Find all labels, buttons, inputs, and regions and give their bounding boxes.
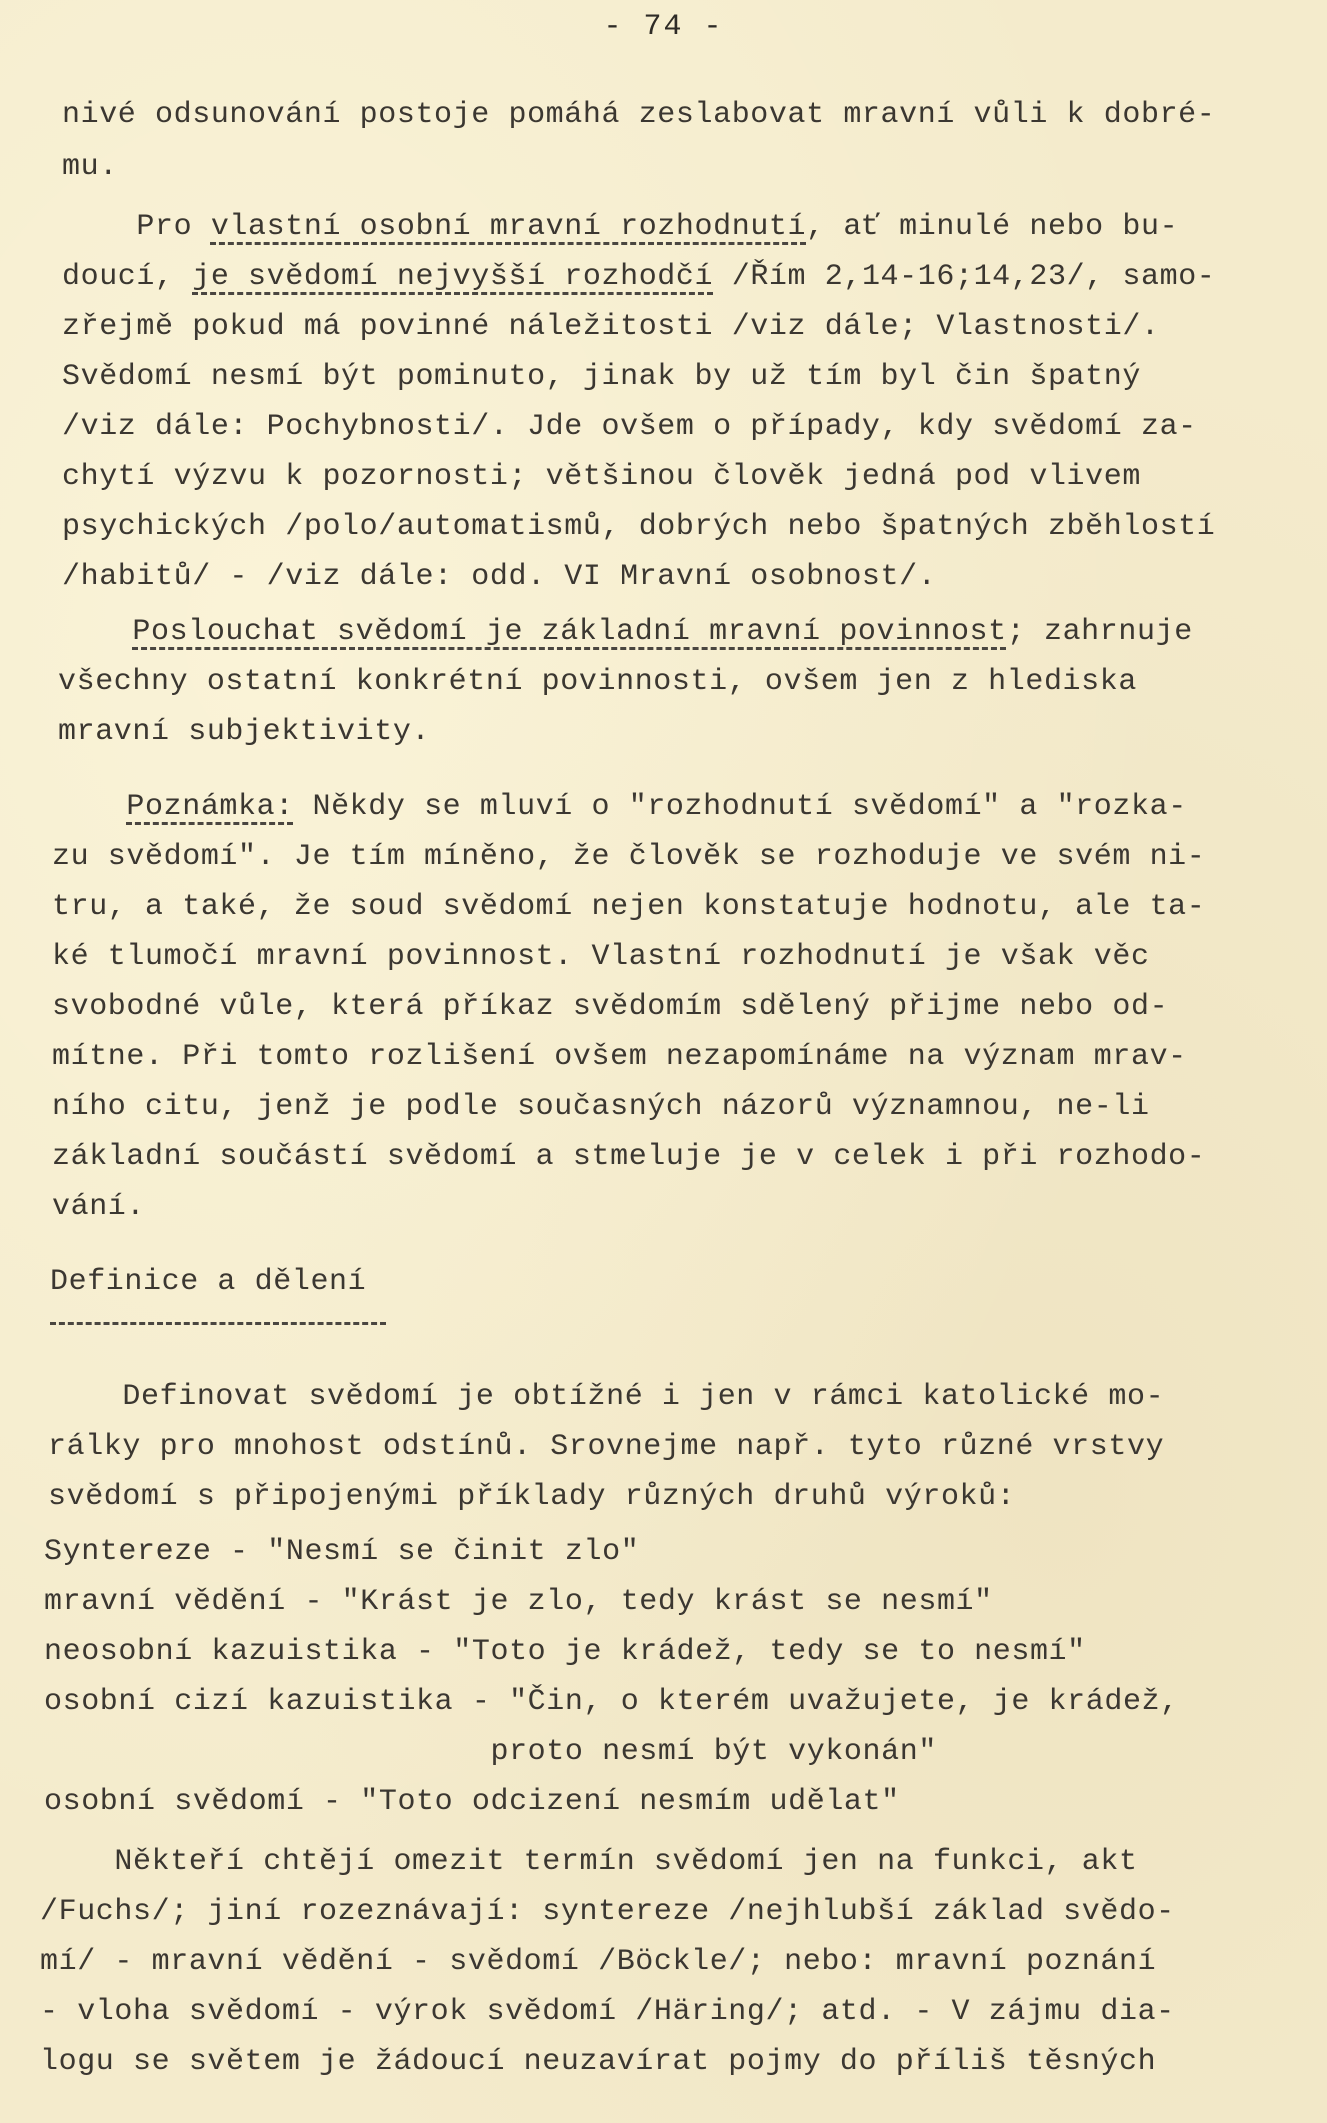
text-line: zřejmě pokud má povinné náležitosti /viz… — [62, 310, 1160, 344]
text-segment: svobodné vůle, která příkaz svědomím sdě… — [52, 990, 1168, 1024]
text-segment: neosobní kazuistika - "Toto je krádež, t… — [44, 1635, 1086, 1669]
text-segment: ního citu, jenž je podle současných názo… — [52, 1090, 1150, 1124]
text-segment: mravní vědění - "Krást je zlo, tedy krás… — [44, 1585, 993, 1619]
text-line: mravní vědění - "Krást je zlo, tedy krás… — [44, 1585, 993, 1619]
text-segment: Pro — [62, 210, 211, 244]
text-segment: mítne. Při tomto rozlišení ovšem nezapom… — [52, 1040, 1187, 1074]
text-segment: svědomí s připojenými příklady různých d… — [48, 1480, 1015, 1514]
text-segment: mu. — [62, 150, 118, 184]
text-segment: /viz dále: Pochybnosti/. Jde ovšem o pří… — [62, 410, 1197, 444]
text-line: ké tlumočí mravní povinnost. Vlastní roz… — [52, 940, 1150, 974]
text-segment: ké tlumočí mravní povinnost. Vlastní roz… — [52, 940, 1150, 974]
text-segment: /habitů/ - /viz dále: odd. VI Mravní oso… — [62, 560, 936, 594]
text-line: mí/ - mravní vědění - svědomí /Böckle/; … — [40, 1945, 1156, 1979]
section-heading: Definice a dělení — [50, 1265, 366, 1299]
text-line: Svědomí nesmí být pominuto, jinak by už … — [62, 360, 1141, 394]
text-segment: /Řím 2,14-16;14,23/, samo- — [713, 260, 1215, 294]
text-segment: tru, a také, že soud svědomí nejen konst… — [52, 890, 1205, 924]
text-segment: zu svědomí". Je tím míněno, že člověk se… — [52, 840, 1205, 874]
text-line: všechny ostatní konkrétní povinnosti, ov… — [58, 665, 1137, 699]
text-line: ního citu, jenž je podle současných názo… — [52, 1090, 1150, 1124]
text-line: nivé odsunování postoje pomáhá zeslabova… — [62, 98, 1215, 132]
text-line: logu se světem je žádoucí neuzavírat poj… — [40, 2045, 1156, 2079]
text-segment: zřejmě pokud má povinné náležitosti /viz… — [62, 310, 1160, 344]
text-line: /Fuchs/; jiní rozeznávají: syntereze /ne… — [40, 1895, 1175, 1929]
text-segment: psychických /polo/automatismů, dobrých n… — [62, 510, 1215, 544]
text-segment: osobní cizí kazuistika - "Čin, o kterém … — [44, 1685, 1179, 1719]
text-segment — [52, 790, 126, 824]
text-line: Syntereze - "Nesmí se činit zlo" — [44, 1535, 639, 1569]
underlined-phrase: Poznámka: — [126, 790, 293, 824]
text-segment — [58, 615, 132, 649]
text-line: mravní subjektivity. — [58, 715, 430, 749]
text-line: mu. — [62, 150, 118, 184]
text-line: mítne. Při tomto rozlišení ovšem nezapom… — [52, 1040, 1187, 1074]
text-line: tru, a také, že soud svědomí nejen konst… — [52, 890, 1205, 924]
text-segment: /Fuchs/; jiní rozeznávají: syntereze /ne… — [40, 1895, 1175, 1929]
text-segment: chytí výzvu k pozornosti; většinou člově… — [62, 460, 1141, 494]
text-segment: ; zahrnuje — [1007, 615, 1193, 649]
text-line: psychických /polo/automatismů, dobrých n… — [62, 510, 1215, 544]
text-segment: Svědomí nesmí být pominuto, jinak by už … — [62, 360, 1141, 394]
text-segment: logu se světem je žádoucí neuzavírat poj… — [40, 2045, 1156, 2079]
text-line: proto nesmí být vykonán" — [44, 1735, 937, 1769]
text-segment: vání. — [52, 1190, 145, 1224]
text-line: Poznámka: Někdy se mluví o "rozhodnutí s… — [52, 790, 1187, 824]
text-segment: mí/ - mravní vědění - svědomí /Böckle/; … — [40, 1945, 1156, 1979]
text-segment: rálky pro mnohost odstínů. Srovnejme nap… — [48, 1430, 1164, 1464]
text-line: vání. — [52, 1190, 145, 1224]
text-line: Někteří chtějí omezit termín svědomí jen… — [40, 1845, 1138, 1879]
text-segment: Někteří chtějí omezit termín svědomí jen… — [40, 1845, 1138, 1879]
text-segment: Definovat svědomí je obtížné i jen v rám… — [48, 1380, 1164, 1414]
text-line: chytí výzvu k pozornosti; většinou člově… — [62, 460, 1141, 494]
text-segment: všechny ostatní konkrétní povinnosti, ov… — [58, 665, 1137, 699]
text-segment: osobní svědomí - "Toto odcizení nesmím u… — [44, 1785, 900, 1819]
text-segment: základní součástí svědomí a stmeluje je … — [52, 1140, 1205, 1174]
text-line: /habitů/ - /viz dále: odd. VI Mravní oso… — [62, 560, 936, 594]
text-segment: Někdy se mluví o "rozhodnutí svědomí" a … — [294, 790, 1187, 824]
text-line: svobodné vůle, která příkaz svědomím sdě… — [52, 990, 1168, 1024]
text-line: rálky pro mnohost odstínů. Srovnejme nap… — [48, 1430, 1164, 1464]
page-number: - 74 - — [0, 10, 1327, 44]
text-segment: - vloha svědomí - výrok svědomí /Häring/… — [40, 1995, 1175, 2029]
text-segment: , ať minulé nebo bu- — [806, 210, 1178, 244]
underlined-phrase: vlastní osobní mravní rozhodnutí — [211, 210, 806, 244]
text-line: osobní svědomí - "Toto odcizení nesmím u… — [44, 1785, 900, 1819]
heading-underline — [50, 1322, 386, 1325]
text-segment: doucí, — [62, 260, 192, 294]
text-line: svědomí s připojenými příklady různých d… — [48, 1480, 1015, 1514]
text-line: osobní cizí kazuistika - "Čin, o kterém … — [44, 1685, 1179, 1719]
text-line: Pro vlastní osobní mravní rozhodnutí, ať… — [62, 210, 1178, 244]
text-segment: mravní subjektivity. — [58, 715, 430, 749]
text-line: základní součástí svědomí a stmeluje je … — [52, 1140, 1205, 1174]
text-line: /viz dále: Pochybnosti/. Jde ovšem o pří… — [62, 410, 1197, 444]
text-line: - vloha svědomí - výrok svědomí /Häring/… — [40, 1995, 1175, 2029]
text-line: Definovat svědomí je obtížné i jen v rám… — [48, 1380, 1164, 1414]
text-line: neosobní kazuistika - "Toto je krádež, t… — [44, 1635, 1086, 1669]
text-line: Poslouchat svědomí je základní mravní po… — [58, 615, 1193, 649]
text-segment: nivé odsunování postoje pomáhá zeslabova… — [62, 98, 1215, 132]
underlined-phrase: je svědomí nejvyšší rozhodčí — [192, 260, 713, 294]
underlined-phrase: Poslouchat svědomí je základní mravní po… — [132, 615, 1006, 649]
text-line: doucí, je svědomí nejvyšší rozhodčí /Řím… — [62, 260, 1215, 294]
text-line: zu svědomí". Je tím míněno, že člověk se… — [52, 840, 1205, 874]
text-segment: Definice a dělení — [50, 1265, 366, 1299]
text-segment: proto nesmí být vykonán" — [44, 1735, 937, 1769]
text-segment: Syntereze - "Nesmí se činit zlo" — [44, 1535, 639, 1569]
